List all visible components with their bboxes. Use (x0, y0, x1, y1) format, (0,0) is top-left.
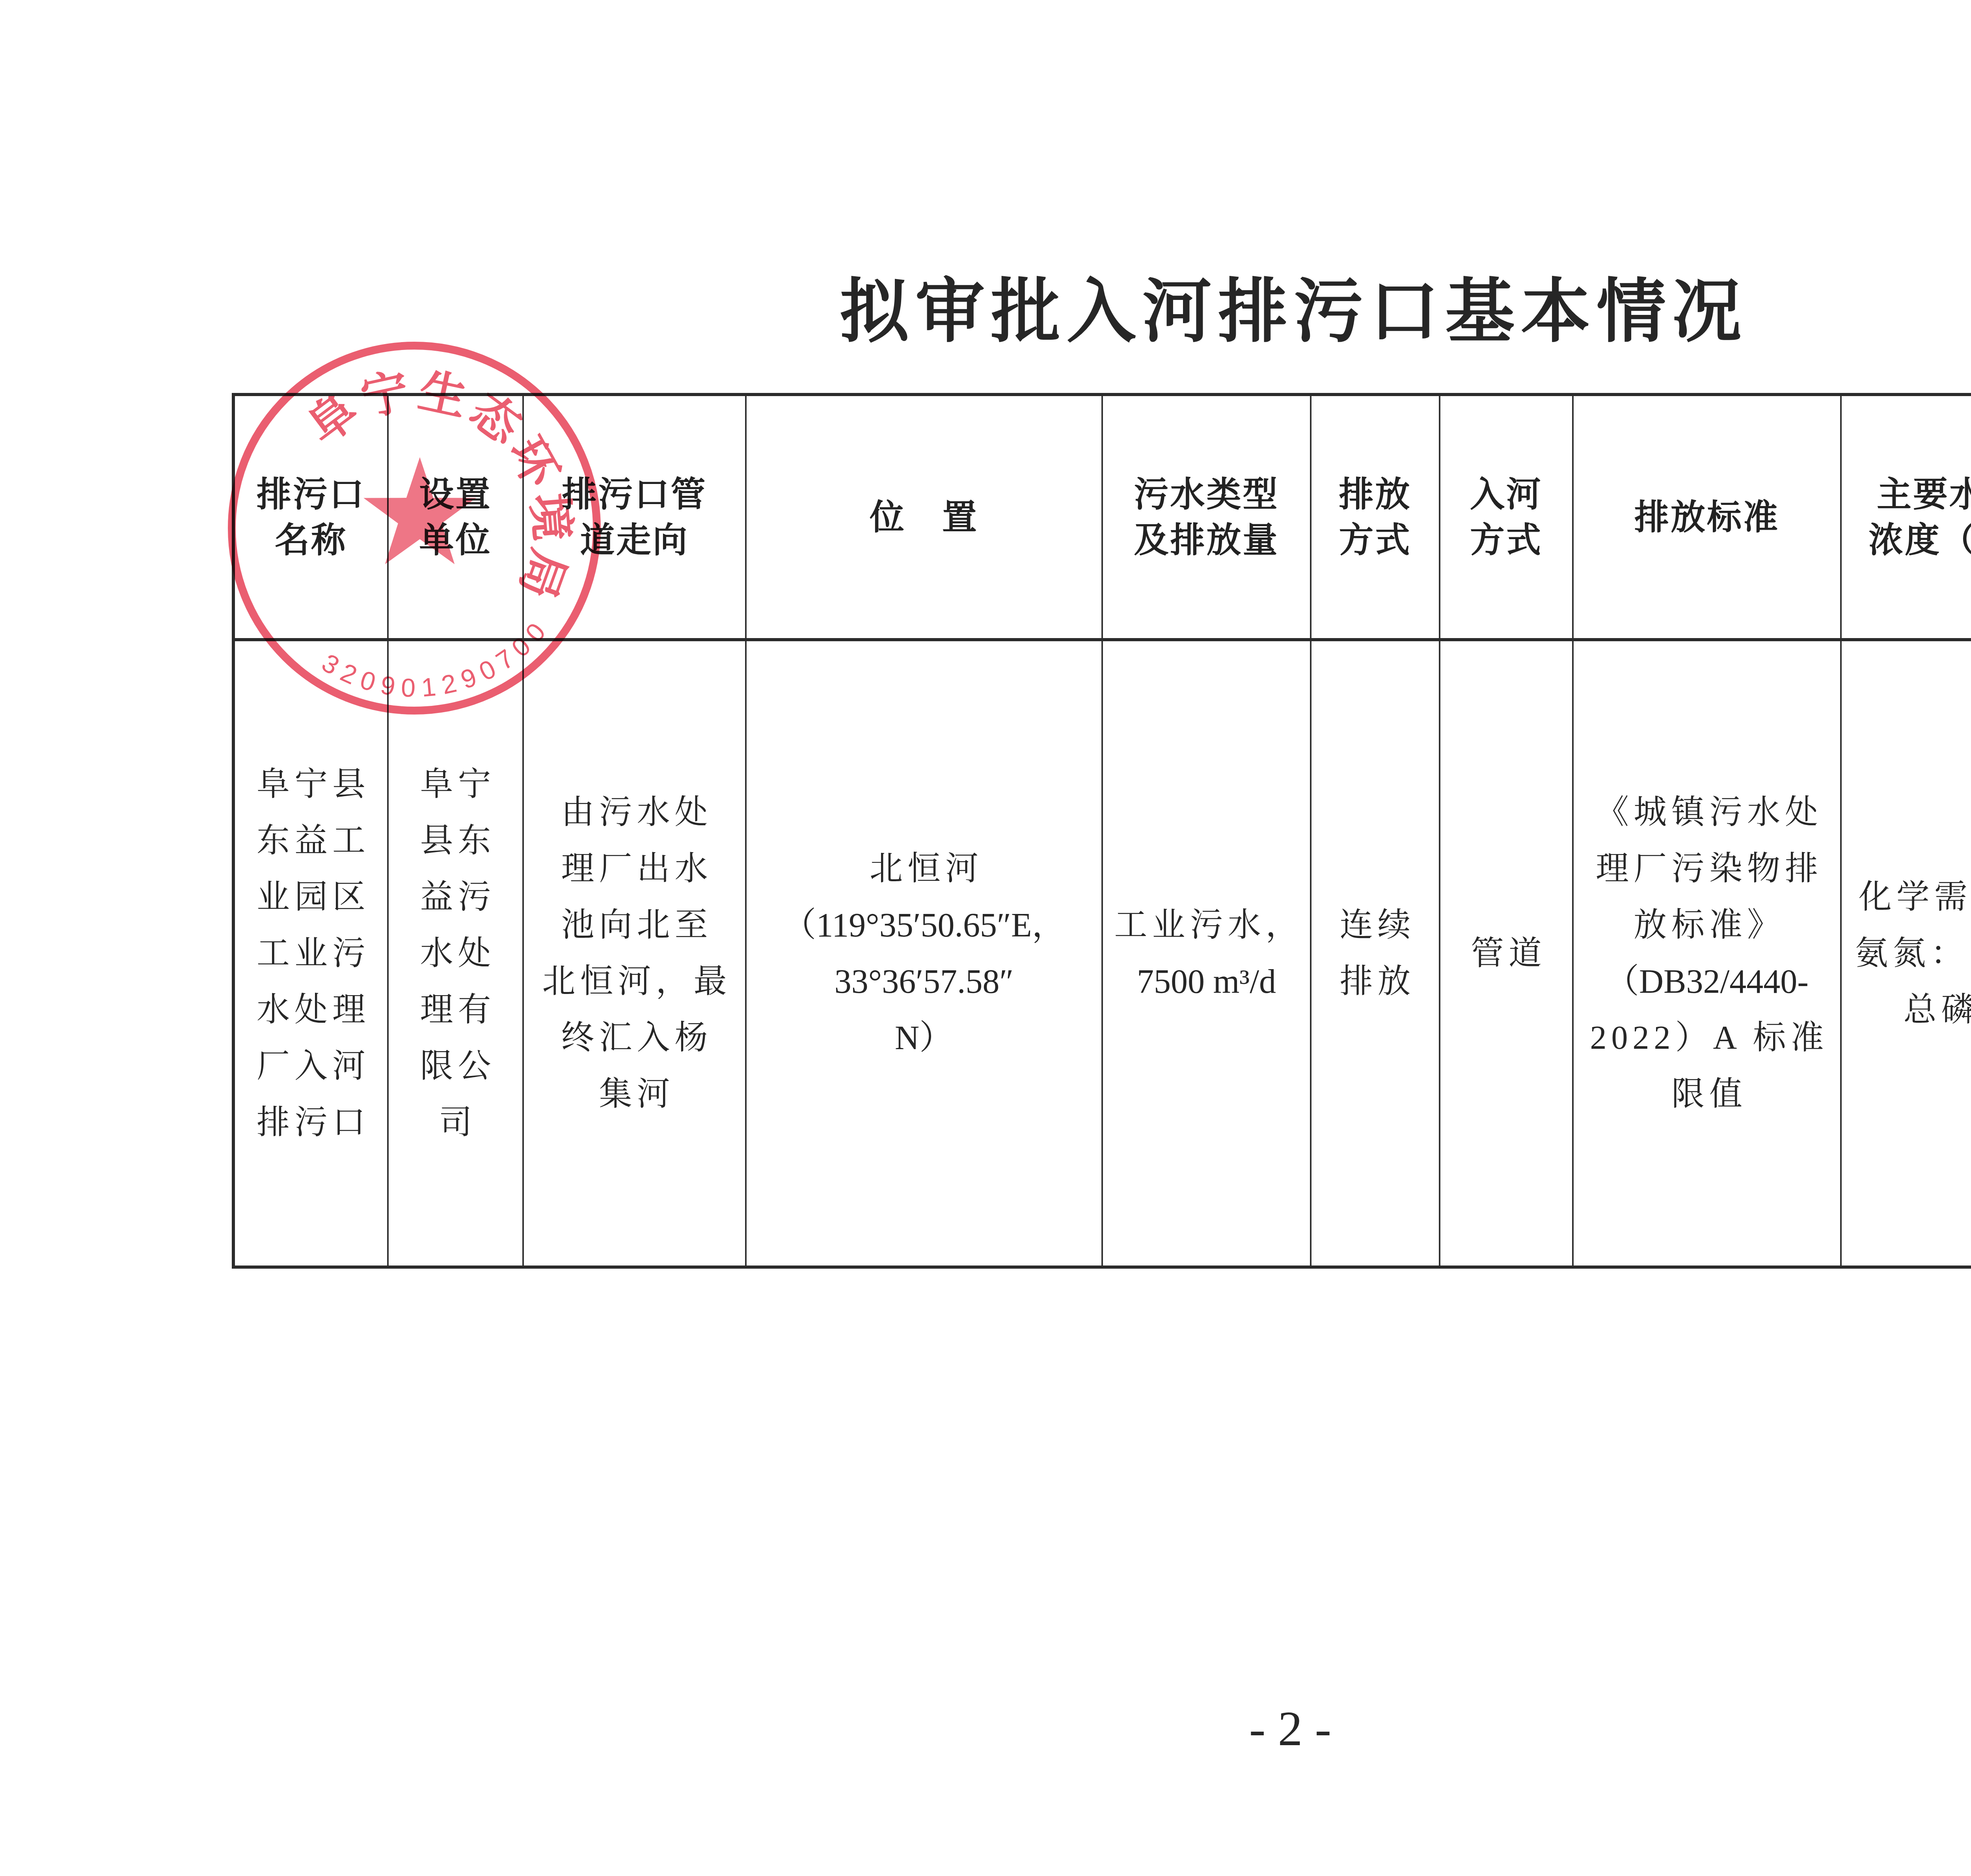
cell-line: 终汇入杨 (524, 1010, 745, 1066)
cell-line: 池向北至 (524, 897, 745, 953)
header-location: 位 置 (746, 395, 1102, 640)
cell-line: 理厂出水 (524, 841, 745, 897)
header-line: 排污口管 (524, 471, 745, 517)
cell-line: 《城镇污水处 (1574, 784, 1840, 841)
cell-line: 排放 (1312, 953, 1439, 1010)
cell-line: 限值 (1574, 1066, 1840, 1122)
cell-outlet-name: 阜宁县 东益工 业园区 工业污 水处理 厂入河 排污口 (233, 640, 388, 1267)
cod-concentration: 化学需氧量: 30 (1842, 869, 1971, 925)
page-number: - 2 - (1211, 1701, 1369, 1757)
header-line: 入河 (1440, 471, 1572, 517)
header-line: 浓度（mg/L） (1842, 517, 1971, 563)
cell-river-entry-mode: 管道 (1440, 640, 1573, 1267)
cell-line: 管道 (1440, 925, 1572, 982)
cell-line: 工业污 (235, 925, 387, 982)
header-line: 单位 (389, 517, 522, 563)
cell-line: 厂入河 (235, 1038, 387, 1094)
cell-line: 阜宁 (389, 756, 522, 813)
ammonia-concentration: 氨氮：1.5（3） (1842, 925, 1971, 982)
cell-line: 水处理 (235, 982, 387, 1038)
header-line: 排放标准 (1574, 494, 1840, 540)
cell-line: 放标准》 (1574, 897, 1840, 953)
cell-line: 连续 (1312, 897, 1439, 953)
header-line: 及排放量 (1103, 517, 1310, 563)
header-setting-unit: 设置 单位 (388, 395, 523, 640)
header-river-entry-mode: 入河 方式 (1440, 395, 1573, 640)
table-header-row: 排污口 名称 设置 单位 排污口管 道走向 位 置 污水类型 及排放量 (233, 395, 1971, 640)
header-discharge-standard: 排放标准 (1573, 395, 1841, 640)
cell-line: 司 (389, 1094, 522, 1151)
header-line: 方式 (1440, 517, 1572, 563)
header-line: 排污口 (235, 471, 387, 517)
header-line: 方式 (1312, 517, 1439, 563)
cell-line: 水处 (389, 925, 522, 982)
cell-location: 北恒河 （119°35′50.65″E， 33°36′57.58″ N） (746, 640, 1102, 1267)
header-discharge-mode: 排放 方式 (1311, 395, 1440, 640)
cell-line: 理有 (389, 982, 522, 1038)
cell-line: 益污 (389, 869, 522, 925)
discharge-outlet-table: 排污口 名称 设置 单位 排污口管 道走向 位 置 污水类型 及排放量 (232, 393, 1971, 1269)
header-line: 设置 (389, 471, 522, 517)
cell-line: 东益工 (235, 813, 387, 869)
cell-setting-unit: 阜宁 县东 益污 水处 理有 限公 司 (388, 640, 523, 1267)
discharge-volume: 7500 m³/d (1103, 953, 1310, 1010)
cell-line: 理厂污染物排 (1574, 841, 1840, 897)
header-pipeline-route: 排污口管 道走向 (523, 395, 746, 640)
cell-line: 业园区 (235, 869, 387, 925)
cell-line: 县东 (389, 813, 522, 869)
cell-line: 2022）A 标准 (1574, 1010, 1840, 1066)
cell-line: N） (747, 1010, 1101, 1066)
header-line: 名称 (235, 517, 387, 563)
table-row: 阜宁县 东益工 业园区 工业污 水处理 厂入河 排污口 阜宁 县东 益污 水处 … (233, 640, 1971, 1267)
cell-line: 限公 (389, 1038, 522, 1094)
cell-line: 北恒河，最 (524, 953, 745, 1010)
cell-line: 工业污水， (1103, 897, 1310, 953)
header-line: 位 置 (747, 494, 1101, 540)
cell-wastewater-type-volume: 工业污水， 7500 m³/d (1102, 640, 1311, 1267)
cell-line: 集河 (524, 1066, 745, 1122)
cell-line: 阜宁县 (235, 756, 387, 813)
cell-line: 北恒河 (747, 841, 1101, 897)
phosphorus-concentration: 总磷：0.3 (1842, 982, 1971, 1038)
cell-pollutant-concentration: 化学需氧量: 30 氨氮：1.5（3） 总磷：0.3 (1841, 640, 1971, 1267)
header-line: 污水类型 (1103, 471, 1310, 517)
cell-line: 排污口 (235, 1094, 387, 1151)
cell-line: 由污水处 (524, 784, 745, 841)
header-line: 主要水污染物 (1842, 471, 1971, 517)
header-wastewater-type-volume: 污水类型 及排放量 (1102, 395, 1311, 640)
header-outlet-name: 排污口 名称 (233, 395, 388, 640)
header-line: 道走向 (524, 517, 745, 563)
header-line: 排放 (1312, 471, 1439, 517)
header-pollutant-concentration: 主要水污染物 浓度（mg/L） (1841, 395, 1971, 640)
coordinates-latitude: 33°36′57.58″ (747, 953, 1101, 1010)
document-page: 拟审批入河排污口基本情况 排污口 名称 设置 单位 (0, 0, 1971, 1876)
cell-discharge-mode: 连续 排放 (1311, 640, 1440, 1267)
cell-line: （DB32/4440- (1574, 953, 1840, 1010)
coordinates-longitude: （119°35′50.65″E， (747, 897, 1101, 953)
page-title: 拟审批入河排污口基本情况 (840, 275, 1746, 350)
cell-pipeline-route: 由污水处 理厂出水 池向北至 北恒河，最 终汇入杨 集河 (523, 640, 746, 1267)
cell-discharge-standard: 《城镇污水处 理厂污染物排 放标准》 （DB32/4440- 2022）A 标准… (1573, 640, 1841, 1267)
